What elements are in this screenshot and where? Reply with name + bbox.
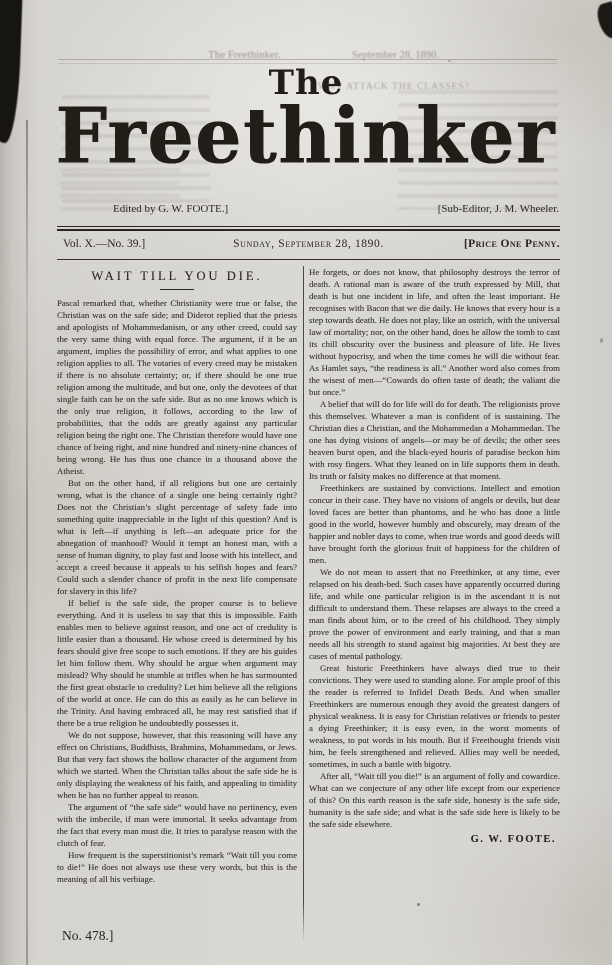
issue-number-footnote: No. 478.] xyxy=(62,928,113,944)
issue-line-rule xyxy=(57,259,560,260)
page-crease xyxy=(26,120,28,965)
masthead-rule xyxy=(57,226,560,231)
article-paragraph: Freethinkers are sustained by conviction… xyxy=(309,482,560,566)
article-paragraph: The argument of “the safe side” would ha… xyxy=(57,801,297,849)
bleedthrough-text: September 28, 1890. xyxy=(352,50,439,61)
issue-price: [Price One Penny. xyxy=(464,238,560,250)
editor-row: Edited by G. W. FOOTE.] [Sub-Editor, J. … xyxy=(57,203,559,215)
author-signature: G. W. FOOTE. xyxy=(309,834,560,846)
right-column: He forgets, or does not know, that philo… xyxy=(309,266,560,942)
column-divider-rule xyxy=(303,266,304,942)
sub-editor-credit: [Sub-Editor, J. M. Wheeler. xyxy=(438,203,559,215)
volume-number: Vol. X.—No. 39.] xyxy=(63,238,145,250)
article-paragraph: How frequent is the superstitionist’s re… xyxy=(57,849,297,885)
article-paragraph: We do not mean to assert that no Freethi… xyxy=(309,566,560,662)
left-column: WAIT TILL YOU DIE. Pascal remarked that,… xyxy=(57,266,297,942)
article-paragraph: We do not suppose, however, that this re… xyxy=(57,729,297,801)
article-paragraph: Great historic Freethinkers have always … xyxy=(309,662,560,770)
article-paragraph: He forgets, or does not know, that philo… xyxy=(309,266,560,398)
scan-edge-mark xyxy=(594,1,612,41)
title-rule xyxy=(160,289,194,290)
newspaper-page: The Freethinker. September 28, 1890. WHY… xyxy=(0,0,612,965)
article-paragraph: Pascal remarked that, whether Christiani… xyxy=(57,297,297,477)
masthead-title: Freethinker xyxy=(0,100,612,172)
article-paragraph: A belief that will do for life will do f… xyxy=(309,398,560,482)
ink-speck xyxy=(600,338,603,343)
article-body: WAIT TILL YOU DIE. Pascal remarked that,… xyxy=(57,266,560,942)
article-paragraph: After all, “Wait till you die!” is an ar… xyxy=(309,770,560,830)
article-paragraph: If belief is the safe side, the proper c… xyxy=(57,597,297,729)
article-paragraph: But on the other hand, if all religions … xyxy=(57,477,297,597)
bleedthrough-text: The Freethinker. xyxy=(208,49,281,61)
issue-line: Sunday, September 28, 1890. Vol. X.—No. … xyxy=(57,238,560,254)
article-title: WAIT TILL YOU DIE. xyxy=(57,269,297,284)
editor-credit: Edited by G. W. FOOTE.] xyxy=(113,203,228,215)
